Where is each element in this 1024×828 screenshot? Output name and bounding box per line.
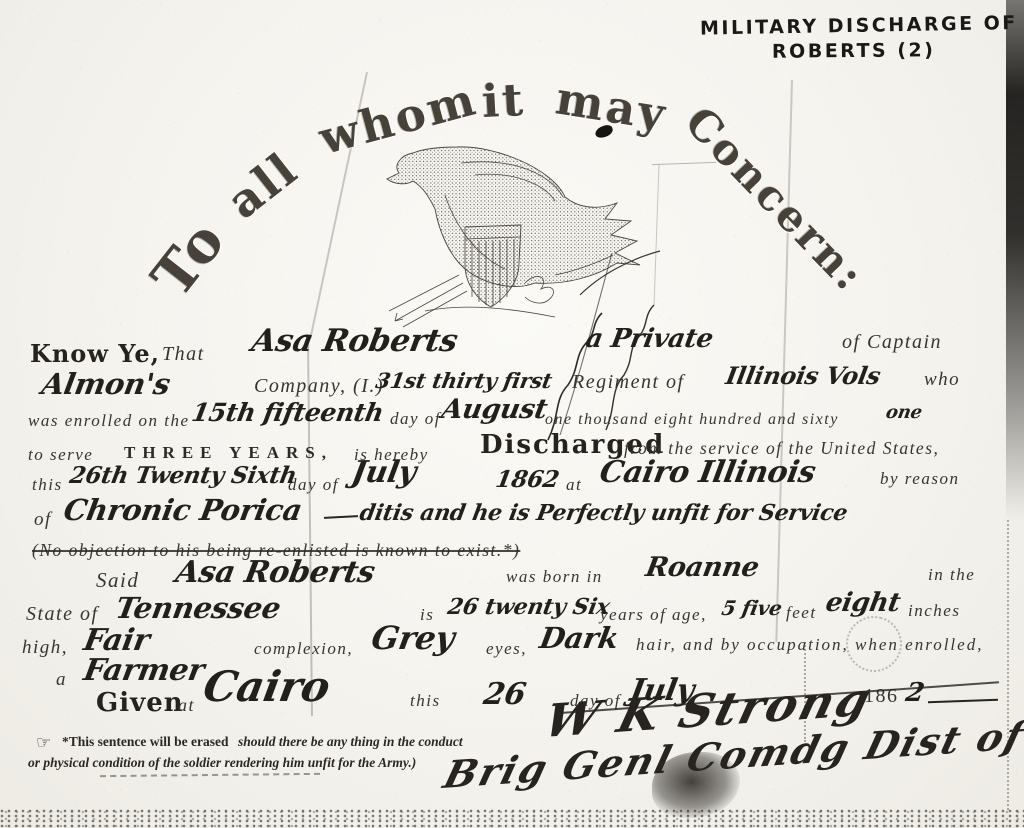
at-label-1: at (566, 476, 582, 493)
occupation-value: Farmer (81, 656, 206, 686)
regiment-of-label: Regiment of (572, 372, 685, 392)
title-word-to: To (143, 210, 236, 306)
given-place: Cairo (200, 666, 333, 708)
complexion-label: complexion, (254, 640, 353, 657)
by-reason-label: by reason (880, 470, 959, 487)
height-inches-value: eight (824, 590, 903, 616)
this-label-2: this (410, 692, 441, 709)
in-the-label: in the (928, 566, 975, 583)
at-label-2: at (178, 696, 195, 714)
regiment-number: 31st thirty first (374, 370, 553, 391)
height-feet-value: 5 five (720, 598, 783, 618)
company-label: Company, (I.) (254, 376, 384, 396)
eagle-arrows (389, 275, 467, 327)
this-label-1: this (32, 476, 63, 493)
a-label: a (56, 670, 67, 689)
enroll-year-handwritten: one (884, 404, 923, 422)
title-word-concern: Concern: (678, 100, 872, 299)
state-of-label: State of (26, 604, 99, 624)
complexion-value: Fair (81, 626, 151, 656)
regiment-state: Illinois Vols (724, 364, 882, 388)
footnote-line-1b: should there be any thing in the conduct (238, 735, 463, 749)
enroll-month: August (440, 396, 550, 423)
hair-occupation-label: hair, and by occupation, when enrolled, (636, 636, 983, 653)
age-value: 26 twenty Six (446, 596, 611, 618)
annotation-line-2: ROBERTS (2) (772, 41, 936, 61)
high-label: high, (22, 638, 68, 657)
captain-name: Almon's (39, 370, 172, 399)
of-label-2: of (34, 510, 52, 529)
right-edge-dotted (1007, 520, 1009, 810)
discharge-year: 1862 (494, 468, 561, 491)
was-enrolled-label: was enrolled on the (28, 412, 190, 429)
feet-label: feet (786, 604, 817, 621)
right-edge-shadow (1006, 0, 1024, 520)
discharge-reason-2: ditis and he is Perfectly unfit for Serv… (358, 502, 849, 524)
discharge-month: July (349, 458, 418, 488)
footnote-underline-dashes (100, 773, 320, 777)
title-word-may: may (553, 76, 671, 138)
soldier-rank: a Private (584, 326, 715, 352)
enroll-year-printed: one thousand eight hundred and sixty (545, 412, 839, 428)
given-year-digit: 2 (904, 680, 926, 706)
enroll-day: 15th fifteenth (190, 400, 386, 425)
pointing-hand-icon: ☞ (36, 735, 51, 752)
birthplace: Roanne (644, 554, 761, 581)
eyes-value: Grey (369, 622, 457, 654)
know-ye-label: Know Ye, (30, 342, 160, 366)
year-flourish-stroke (928, 699, 998, 703)
soldier-name-2: Asa Roberts (173, 558, 377, 588)
footnote-line-2: or physical condition of the soldier ren… (28, 756, 416, 770)
discharge-certificate-scan: MILITARY DISCHARGE OF ASE E. ROBERTS (2)… (0, 0, 1024, 828)
bottom-scan-band (0, 809, 1024, 828)
birth-state: Tennessee (113, 594, 282, 623)
to-serve-label: to serve (28, 446, 93, 463)
said-label: Said (96, 570, 139, 591)
given-word: Given (96, 690, 184, 716)
discharge-reason-1: Chronic Porica (61, 496, 304, 525)
title-word-all: all (220, 144, 306, 226)
hair-value: Dark (537, 624, 620, 653)
day-of-label-1: day of (390, 410, 441, 427)
of-captain-label: of Captain (842, 332, 942, 352)
that-label: That (162, 344, 205, 364)
who-label: who (924, 370, 960, 389)
discharge-day: 26th Twenty Sixth (68, 464, 298, 487)
inches-label: inches (908, 602, 960, 619)
eyes-label: eyes, (486, 640, 527, 657)
given-day: 26 (481, 680, 527, 710)
annotation-line-1: MILITARY DISCHARGE OF ASE E. (700, 12, 1024, 38)
soldier-name: Asa Roberts (249, 326, 459, 357)
was-born-in-label: was born in (506, 568, 603, 585)
footnote-line-1a: *This sentence will be erased (62, 735, 229, 749)
three-years-term: THREE YEARS, (124, 444, 333, 461)
discharge-place: Cairo Illinois (597, 458, 817, 488)
day-of-label-2: day of (288, 476, 339, 493)
title-word-it: it (481, 77, 527, 124)
reason-connector-stroke (324, 515, 358, 519)
